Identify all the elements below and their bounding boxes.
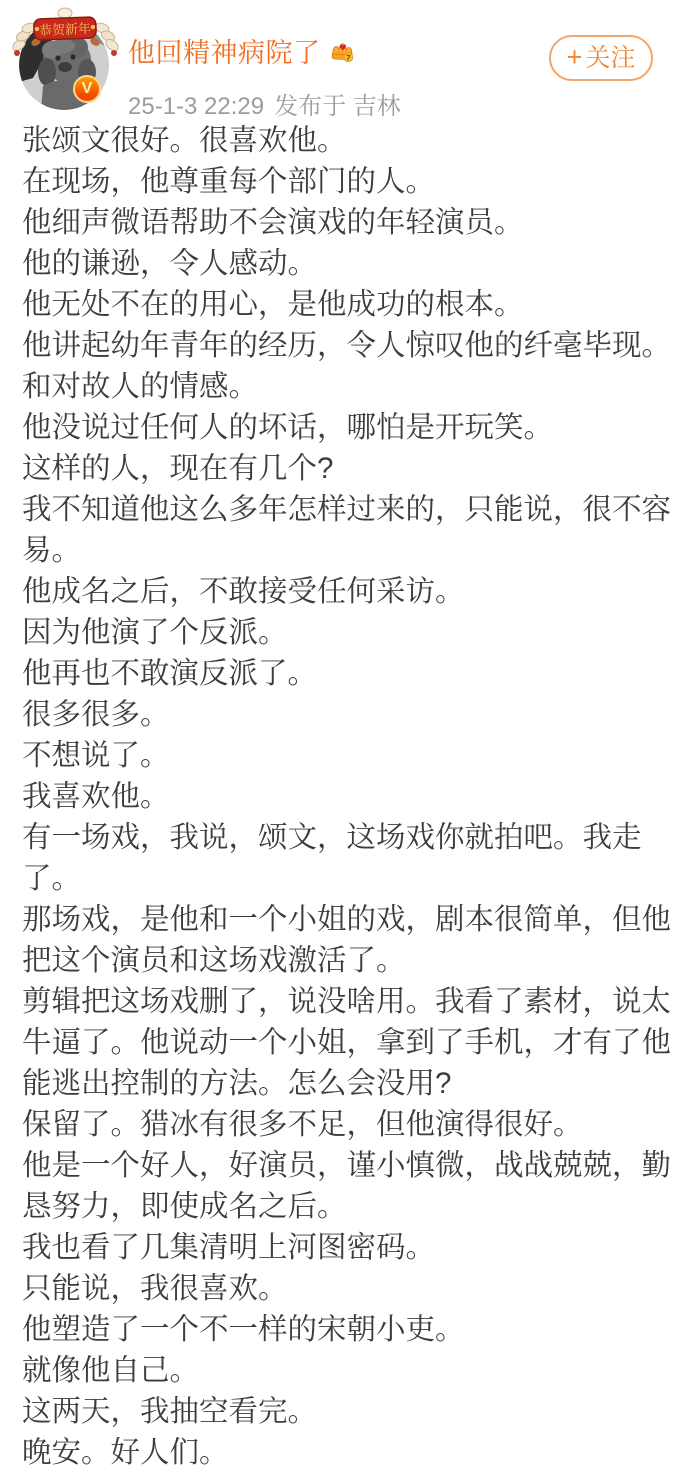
- post-text-line: 剪辑把这场戏删了，说没啥用。我看了素材，说太: [22, 981, 672, 1022]
- post-text-line: 那场戏，是他和一个小姐的戏，剧本很简单，但他: [22, 899, 672, 940]
- post-text-line: 不想说了。: [22, 735, 672, 776]
- post-text-line: 牛逼了。他说动一个小姐，拿到了手机，才有了他: [22, 1022, 672, 1063]
- post-text-line: 这两天，我抽空看完。: [22, 1391, 672, 1432]
- post-text-line: 他的谦逊，令人感动。: [22, 243, 672, 284]
- post-text-line: 了。: [22, 858, 672, 899]
- follow-button[interactable]: + 关注: [549, 35, 653, 81]
- post-text-line: 保留了。猎冰有很多不足，但他演得很好。: [22, 1104, 672, 1145]
- avatar[interactable]: 恭贺新年 V: [19, 20, 109, 110]
- post-meta: 25-1-3 22:29发布于 吉林: [128, 86, 401, 121]
- post-content: 张颂文很好。很喜欢他。在现场，他尊重每个部门的人。他细声微语帮助不会演戏的年轻演…: [22, 120, 672, 1473]
- post-text-line: 恳努力，即使成名之后。: [22, 1186, 672, 1227]
- post-text-line: 有一场戏，我说，颂文，这场戏你就拍吧。我走: [22, 817, 672, 858]
- post-text-line: 在现场，他尊重每个部门的人。: [22, 161, 672, 202]
- post-text-line: 张颂文很好。很喜欢他。: [22, 120, 672, 161]
- post-timestamp: 25-1-3 22:29: [128, 93, 264, 120]
- post-text-line: 他细声微语帮助不会演戏的年轻演员。: [22, 202, 672, 243]
- username[interactable]: 他回精神病院了: [128, 31, 321, 70]
- post-text-line: 他讲起幼年青年的经历，令人惊叹他的纤毫毕现。: [22, 325, 672, 366]
- vip-level-number: 7: [345, 53, 351, 62]
- post-text-line: 他无处不在的用心，是他成功的根本。: [22, 284, 672, 325]
- follow-label: 关注: [585, 46, 635, 71]
- weibo-post-card: 恭贺新年 V 他回精神病院了 ♥: [0, 0, 690, 1473]
- vip-crown-icon: ♥ 7: [327, 35, 358, 66]
- post-text-line: 他塑造了一个不一样的宋朝小吏。: [22, 1309, 672, 1350]
- post-text-line: 他再也不敢演反派了。: [22, 653, 672, 694]
- plus-icon: +: [567, 44, 583, 71]
- post-location: 发布于 吉林: [274, 93, 401, 120]
- post-text-line: 他是一个好人，好演员，谨小慎微，战战兢兢，勤: [22, 1145, 672, 1186]
- post-text-line: 因为他演了个反派。: [22, 612, 672, 653]
- post-text-line: 晚安。好人们。: [22, 1432, 672, 1473]
- post-text-line: 把这个演员和这场戏激活了。: [22, 940, 672, 981]
- post-text-line: 他没说过任何人的坏话，哪怕是开玩笑。: [22, 407, 672, 448]
- post-text-line: 就像他自己。: [22, 1350, 672, 1391]
- post-text-line: 只能说，我很喜欢。: [22, 1268, 672, 1309]
- post-text-line: 我也看了几集清明上河图密码。: [22, 1227, 672, 1268]
- post-text-line: 这样的人，现在有几个?: [22, 448, 672, 489]
- post-text-line: 我喜欢他。: [22, 776, 672, 817]
- post-text-line: 能逃出控制的方法。怎么会没用?: [22, 1063, 672, 1104]
- post-header: 恭贺新年 V 他回精神病院了 ♥: [0, 0, 690, 118]
- post-text-line: 我不知道他这么多年怎样过来的，只能说，很不容: [22, 489, 672, 530]
- verified-badge: V: [73, 75, 101, 103]
- post-text-line: 很多很多。: [22, 694, 672, 735]
- post-text-line: 易。: [22, 530, 672, 571]
- post-text-line: 和对故人的情感。: [22, 366, 672, 407]
- post-text-line: 他成名之后，不敢接受任何采访。: [22, 571, 672, 612]
- user-info: 他回精神病院了 ♥ 7 25-1-3 22:29发布于 吉: [128, 31, 401, 121]
